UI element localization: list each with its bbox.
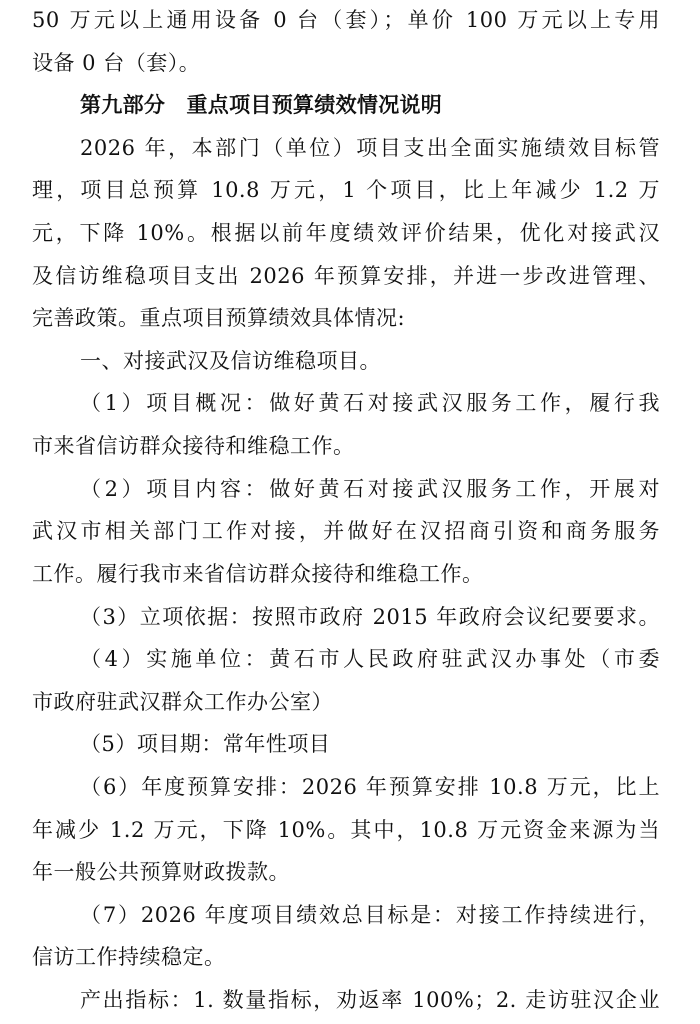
text-line-18: （5）项目期：常年性项目 [80,730,660,758]
text-line-13: 武汉市相关部门工作对接，并做好在汉招商引资和商务服务 [32,517,660,545]
text-line-8: 完善政策。重点项目预算绩效具体情况: [32,304,660,332]
text-line-5: 理，项目总预算 10.8 万元，1 个项目，比上年减少 1.2 万 [32,176,660,204]
text-line-22: （7）2026 年度项目绩效总目标是：对接工作持续进行， [80,901,660,929]
text-line-7: 及信访维稳项目支出 2026 年预算安排，并进一步改进管理、 [32,262,660,290]
text-line-2: 设备 0 台（套）。 [32,49,660,77]
text-line-23: 信访工作持续稳定。 [32,943,660,971]
text-line-24: 产出指标：1. 数量指标，劝返率 100%；2. 走访驻汉企业 [80,986,660,1014]
text-line-6: 元，下降 10%。根据以前年度绩效评价结果，优化对接武汉 [32,219,660,247]
text-line-10: （1）项目概况：做好黄石对接武汉服务工作，履行我 [80,389,660,417]
text-line-15: （3）立项依据：按照市政府 2015 年政府会议纪要要求。 [80,603,660,631]
text-line-12: （2）项目内容：做好黄石对接武汉服务工作，开展对 [80,475,660,503]
text-line-16: （4）实施单位：黄石市人民政府驻武汉办事处（市委 [80,645,660,673]
text-line-14: 工作。履行我市来省信访群众接待和维稳工作。 [32,560,660,588]
text-line-1: 50 万元以上通用设备 0 台（套）；单价 100 万元以上专用 [32,6,660,34]
section-heading: 第九部分 重点项目预算绩效情况说明 [80,91,660,119]
text-line-20: 年减少 1.2 万元，下降 10%。其中，10.8 万元资金来源为当 [32,816,660,844]
text-line-17: 市政府驻武汉群众工作办公室） [32,688,660,716]
document-page: 50 万元以上通用设备 0 台（套）；单价 100 万元以上专用 设备 0 台（… [0,0,700,1024]
subsection-heading: 一、对接武汉及信访维稳项目。 [80,347,660,375]
text-line-11: 市来省信访群众接待和维稳工作。 [32,432,660,460]
text-line-19: （6）年度预算安排：2026 年预算安排 10.8 万元，比上 [80,773,660,801]
text-line-4: 2026 年，本部门（单位）项目支出全面实施绩效目标管 [80,134,660,162]
text-line-21: 年一般公共预算财政拨款。 [32,858,660,886]
